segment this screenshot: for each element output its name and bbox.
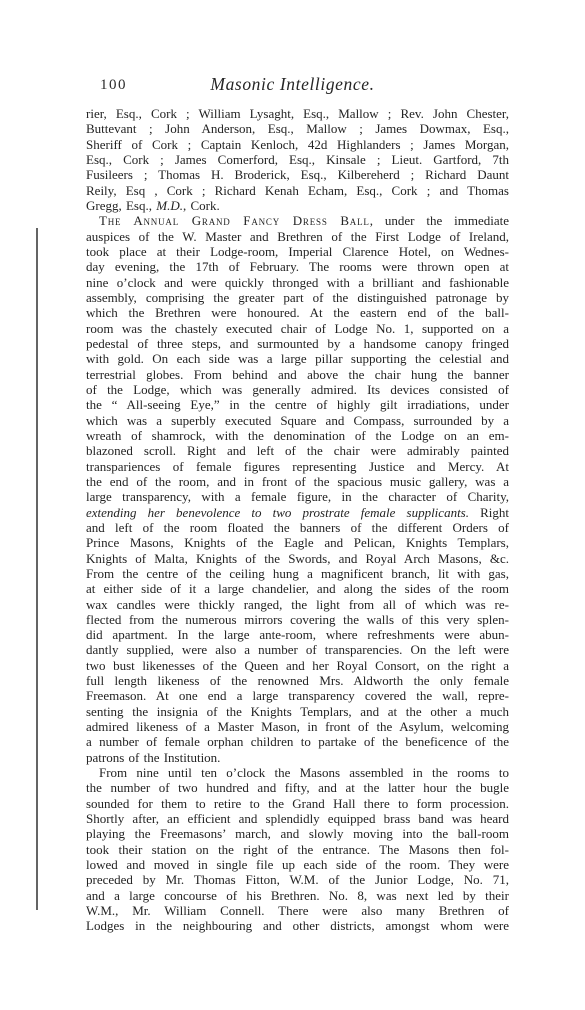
text-segment: Prince Masons, Knights of the Eagle and …: [86, 535, 509, 550]
text-segment: day evening, the 17th of February. The r…: [86, 259, 509, 274]
text-segment: rier, Esq., Cork ; William Lysaght, Esq.…: [86, 106, 509, 121]
text-line: Esq., Cork ; James Comerford, Esq., Kins…: [86, 152, 509, 167]
text-segment-smallcaps: The Annual Grand Fancy Dress Ball: [99, 213, 370, 228]
text-segment: playing the Freemasons’ march, and slowl…: [86, 826, 509, 841]
text-line: admired likeness of a Master Mason, in f…: [86, 719, 509, 734]
text-line: sounded for them to retire to the Grand …: [86, 796, 509, 811]
text-line: Buttevant ; John Anderson, Esq., Mallow …: [86, 121, 509, 136]
text-line: Fusileers ; Thomas H. Broderick, Esq., K…: [86, 167, 509, 182]
text-segment: flected from the numerous mirrors coveri…: [86, 612, 509, 627]
text-segment: Freemason. At one end a large transparen…: [86, 688, 509, 703]
text-segment: sounded for them to retire to the Grand …: [86, 796, 509, 811]
text-segment: auspices of the W. Master and Brethren o…: [86, 229, 509, 244]
text-segment: full length likeness of the renowned Mrs…: [86, 673, 509, 688]
text-line: two bust likenesses of the Queen and her…: [86, 658, 509, 673]
text-segment: lowed and moved in single file up each s…: [86, 857, 509, 872]
text-segment: Esq., Cork ; James Comerford, Esq., Kins…: [86, 152, 509, 167]
text-line: and a large concourse of his Brethren. N…: [86, 888, 509, 903]
text-line: senting the insignia of the Knights Temp…: [86, 704, 509, 719]
text-line: which the Brethren were honoured. At the…: [86, 305, 509, 320]
text-line: lowed and moved in single file up each s…: [86, 857, 509, 872]
text-segment: dantly supplied, were also a number of t…: [86, 642, 509, 657]
text-segment: , under the immediate: [370, 213, 509, 228]
text-segment: the end of the room, and in front of the…: [86, 474, 509, 489]
text-segment: Buttevant ; John Anderson, Esq., Mallow …: [86, 121, 509, 136]
text-line: Sheriff of Cork ; Captain Kenloch, 42d H…: [86, 137, 509, 152]
text-segment: Reily, Esq , Cork ; Richard Kenah Echam,…: [86, 183, 509, 198]
text-line: terrestrial globes. From behind and abov…: [86, 367, 509, 382]
text-segment: transpariences of female figures represe…: [86, 459, 509, 474]
text-line: day evening, the 17th of February. The r…: [86, 259, 509, 274]
text-segment: terrestrial globes. From behind and abov…: [86, 367, 509, 382]
text-segment: a number of female orphan children to pa…: [86, 734, 509, 749]
text-line: flected from the numerous mirrors coveri…: [86, 612, 509, 627]
text-segment: nine o’clock and were quickly thronged w…: [86, 275, 509, 290]
text-line: auspices of the W. Master and Brethren o…: [86, 229, 509, 244]
text-segment-italic: M.D.: [156, 198, 183, 213]
text-segment: Sheriff of Cork ; Captain Kenloch, 42d H…: [86, 137, 509, 152]
text-segment: took their station on the right of the e…: [86, 842, 509, 857]
text-line: Gregg, Esq., M.D., Cork.: [86, 198, 509, 213]
text-line: full length likeness of the renowned Mrs…: [86, 673, 509, 688]
text-line: Prince Masons, Knights of the Eagle and …: [86, 535, 509, 550]
text-line: From the centre of the ceiling hung a ma…: [86, 566, 509, 581]
text-segment: wax candles were thickly ranged, the lig…: [86, 597, 509, 612]
text-line: rier, Esq., Cork ; William Lysaght, Esq.…: [86, 106, 509, 121]
text-segment: of the Lodge, which was generally admire…: [86, 382, 509, 397]
text-segment: preceded by Mr. Thomas Fitton, W.M. of t…: [86, 872, 509, 887]
text-line: assembly, comprising the greater part of…: [86, 290, 509, 305]
text-line: the end of the room, and in front of the…: [86, 474, 509, 489]
text-line: patrons of the Institution.: [86, 750, 509, 765]
text-segment: two bust likenesses of the Queen and her…: [86, 658, 509, 673]
text-segment-italic: extending her benevolence to two prostra…: [86, 505, 469, 520]
text-line: Freemason. At one end a large transparen…: [86, 688, 509, 703]
text-line: blazoned scroll. Right and left of the c…: [86, 443, 509, 458]
text-segment: and a large concourse of his Brethren. N…: [86, 888, 509, 903]
text-segment: Gregg, Esq.,: [86, 198, 156, 213]
text-line: Lodges in the neighbouring and other dis…: [86, 918, 509, 933]
text-line: a number of female orphan children to pa…: [86, 734, 509, 749]
scanned-book-page: 100 Masonic Intelligence. rier, Esq., Co…: [0, 0, 585, 1010]
text-segment: patrons of the Institution.: [86, 750, 220, 765]
text-line: the number of two hundred and fifty, and…: [86, 780, 509, 795]
text-segment: at either side of it a large chandelier,…: [86, 581, 509, 596]
text-line: did apartment. In the large ante-room, w…: [86, 627, 509, 642]
page-gutter-shadow: [36, 228, 38, 910]
text-line: From nine until ten o’clock the Masons a…: [86, 765, 509, 780]
text-segment: Shortly after, an efficient and splendid…: [86, 811, 509, 826]
text-line: which was a superbly executed Square and…: [86, 413, 509, 428]
text-segment: with gold. On each side was a large pill…: [86, 351, 509, 366]
text-segment: Knights of Malta, Knights of the Swords,…: [86, 551, 509, 566]
text-line: Shortly after, an efficient and splendid…: [86, 811, 509, 826]
text-line: nine o’clock and were quickly thronged w…: [86, 275, 509, 290]
text-segment: wreath of shamrock, with the denominatio…: [86, 428, 509, 443]
text-segment: room was the chastely executed chair of …: [86, 321, 509, 336]
text-line: wax candles were thickly ranged, the lig…: [86, 597, 509, 612]
text-segment: large transparency, with a female figure…: [86, 489, 509, 504]
text-segment: admired likeness of a Master Mason, in f…: [86, 719, 509, 734]
text-segment: blazoned scroll. Right and left of the c…: [86, 443, 509, 458]
text-segment: and left of the room floated the banners…: [86, 520, 509, 535]
text-line: with gold. On each side was a large pill…: [86, 351, 509, 366]
text-segment: Fusileers ; Thomas H. Broderick, Esq., K…: [86, 167, 509, 182]
text-line: large transparency, with a female figure…: [86, 489, 509, 504]
text-line: pedestal of three steps, and surmounted …: [86, 336, 509, 351]
text-line: room was the chastely executed chair of …: [86, 321, 509, 336]
text-line: took place at their Lodge-room, Imperial…: [86, 244, 509, 259]
text-line: playing the Freemasons’ march, and slowl…: [86, 826, 509, 841]
text-line: of the Lodge, which was generally admire…: [86, 382, 509, 397]
text-segment: which was a superbly executed Square and…: [86, 413, 509, 428]
text-line: Reily, Esq , Cork ; Richard Kenah Echam,…: [86, 183, 509, 198]
running-title: Masonic Intelligence.: [0, 74, 585, 95]
text-segment: the number of two hundred and fifty, and…: [86, 780, 509, 795]
article-body: rier, Esq., Cork ; William Lysaght, Esq.…: [86, 106, 509, 934]
text-line: Knights of Malta, Knights of the Swords,…: [86, 551, 509, 566]
text-line: W.M., Mr. William Connell. There were al…: [86, 903, 509, 918]
text-segment: Lodges in the neighbouring and other dis…: [86, 918, 509, 933]
text-segment: Right: [469, 505, 509, 520]
text-line: The Annual Grand Fancy Dress Ball, under…: [86, 213, 509, 228]
page-header: 100 Masonic Intelligence.: [0, 74, 585, 98]
text-segment: did apartment. In the large ante-room, w…: [86, 627, 509, 642]
text-segment: took place at their Lodge-room, Imperial…: [86, 244, 509, 259]
text-line: and left of the room floated the banners…: [86, 520, 509, 535]
text-segment: senting the insignia of the Knights Temp…: [86, 704, 509, 719]
text-segment: pedestal of three steps, and surmounted …: [86, 336, 509, 351]
text-line: at either side of it a large chandelier,…: [86, 581, 509, 596]
text-line: transpariences of female figures represe…: [86, 459, 509, 474]
text-segment: , Cork.: [183, 198, 220, 213]
text-segment: From the centre of the ceiling hung a ma…: [86, 566, 509, 581]
text-line: dantly supplied, were also a number of t…: [86, 642, 509, 657]
text-line: took their station on the right of the e…: [86, 842, 509, 857]
text-line: the “ All-seeing Eye,” in the centre of …: [86, 397, 509, 412]
text-segment: W.M., Mr. William Connell. There were al…: [86, 903, 509, 918]
text-segment: From nine until ten o’clock the Masons a…: [99, 765, 509, 780]
text-segment: which the Brethren were honoured. At the…: [86, 305, 509, 320]
text-line: extending her benevolence to two prostra…: [86, 505, 509, 520]
text-line: preceded by Mr. Thomas Fitton, W.M. of t…: [86, 872, 509, 887]
text-line: wreath of shamrock, with the denominatio…: [86, 428, 509, 443]
text-segment: assembly, comprising the greater part of…: [86, 290, 509, 305]
text-segment: the “ All-seeing Eye,” in the centre of …: [86, 397, 509, 412]
